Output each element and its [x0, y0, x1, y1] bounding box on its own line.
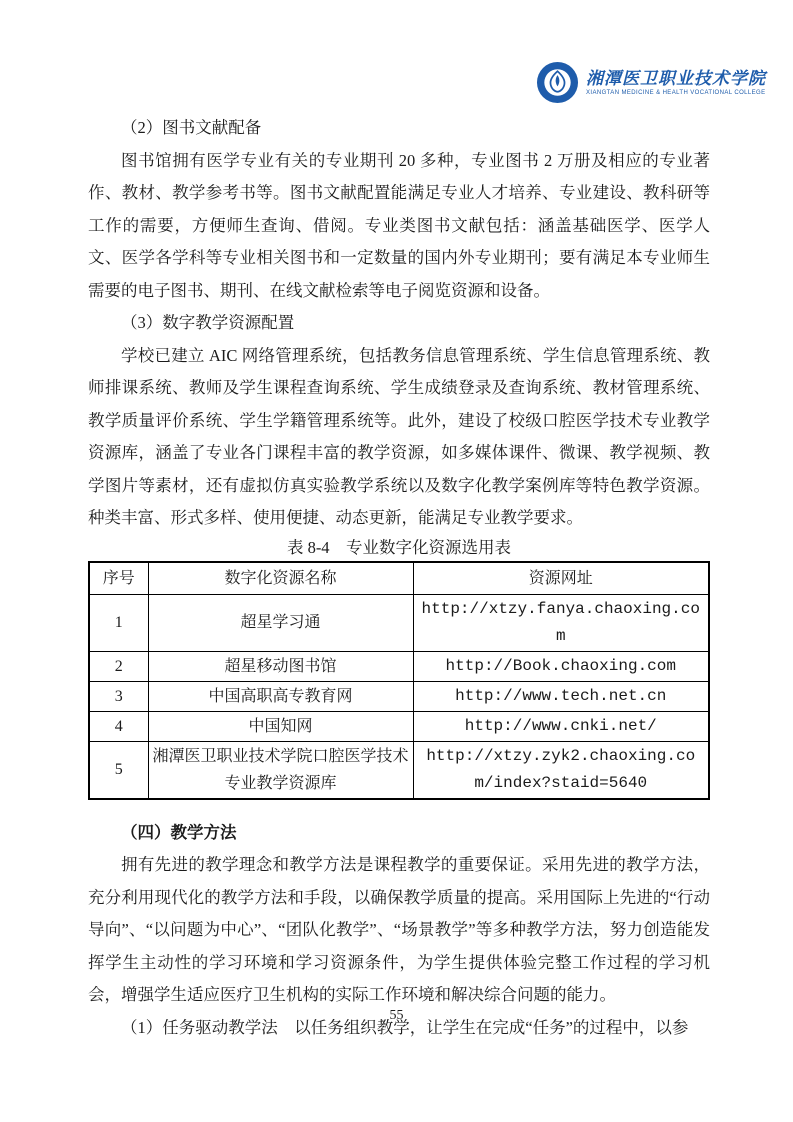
digital-resources-table: 序号 数字化资源名称 资源网址 1 超星学习通 http://xtzy.fany… [88, 561, 710, 800]
cell-index: 1 [89, 594, 148, 651]
college-logo: 湘潭医卫职业技术学院 XIANGTAN MEDICINE & HEALTH VO… [536, 61, 766, 104]
table-title: 表 8-4 专业数字化资源选用表 [88, 535, 710, 561]
heading-teaching-methods: （四）教学方法 [88, 817, 710, 850]
cell-index: 3 [89, 681, 148, 711]
col-header-index: 序号 [89, 562, 148, 595]
cell-resource-url: http://www.tech.net.cn [413, 681, 709, 711]
cell-resource-name: 中国知网 [148, 711, 413, 741]
cell-resource-url: http://xtzy.zyk2.chaoxing.com/index?stai… [413, 741, 709, 799]
col-header-resource-url: 资源网址 [413, 562, 709, 595]
paragraph-library-literature: 图书馆拥有医学专业有关的专业期刊 20 多种，专业图书 2 万册及相应的专业著作… [88, 145, 710, 308]
table-row: 4 中国知网 http://www.cnki.net/ [89, 711, 709, 741]
table-row: 2 超星移动图书馆 http://Book.chaoxing.com [89, 651, 709, 681]
cell-resource-name: 湘潭医卫职业技术学院口腔医学技术专业教学资源库 [148, 741, 413, 799]
college-name-english: XIANGTAN MEDICINE & HEALTH VOCATIONAL CO… [586, 90, 766, 96]
cell-resource-url: http://www.cnki.net/ [413, 711, 709, 741]
table-row: 1 超星学习通 http://xtzy.fanya.chaoxing.com [89, 594, 709, 651]
cell-index: 2 [89, 651, 148, 681]
college-name-chinese: 湘潭医卫职业技术学院 [586, 69, 766, 89]
col-header-resource-name: 数字化资源名称 [148, 562, 413, 595]
document-content: （2）图书文献配备 图书馆拥有医学专业有关的专业期刊 20 多种，专业图书 2 … [88, 112, 710, 1044]
paragraph-digital-teaching-resources: 学校已建立 AIC 网络管理系统，包括教务信息管理系统、学生信息管理系统、教师排… [88, 340, 710, 535]
heading-library-literature: （2）图书文献配备 [88, 112, 710, 145]
table-row: 3 中国高职高专教育网 http://www.tech.net.cn [89, 681, 709, 711]
cell-resource-url: http://xtzy.fanya.chaoxing.com [413, 594, 709, 651]
heading-digital-teaching-resources: （3）数字教学资源配置 [88, 307, 710, 340]
cell-resource-name: 超星学习通 [148, 594, 413, 651]
paragraph-teaching-methods: 拥有先进的教学理念和教学方法是课程教学的重要保证。采用先进的教学方法，充分利用现… [88, 849, 710, 1012]
cell-index: 4 [89, 711, 148, 741]
cell-resource-url: http://Book.chaoxing.com [413, 651, 709, 681]
page-number: 55 [0, 1008, 793, 1024]
table-header-row: 序号 数字化资源名称 资源网址 [89, 562, 709, 595]
table-row: 5 湘潭医卫职业技术学院口腔医学技术专业教学资源库 http://xtzy.zy… [89, 741, 709, 799]
college-emblem-icon [536, 61, 579, 104]
cell-resource-name: 中国高职高专教育网 [148, 681, 413, 711]
cell-index: 5 [89, 741, 148, 799]
college-name-block: 湘潭医卫职业技术学院 XIANGTAN MEDICINE & HEALTH VO… [586, 69, 766, 96]
cell-resource-name: 超星移动图书馆 [148, 651, 413, 681]
document-page: 湘潭医卫职业技术学院 XIANGTAN MEDICINE & HEALTH VO… [0, 0, 793, 1122]
